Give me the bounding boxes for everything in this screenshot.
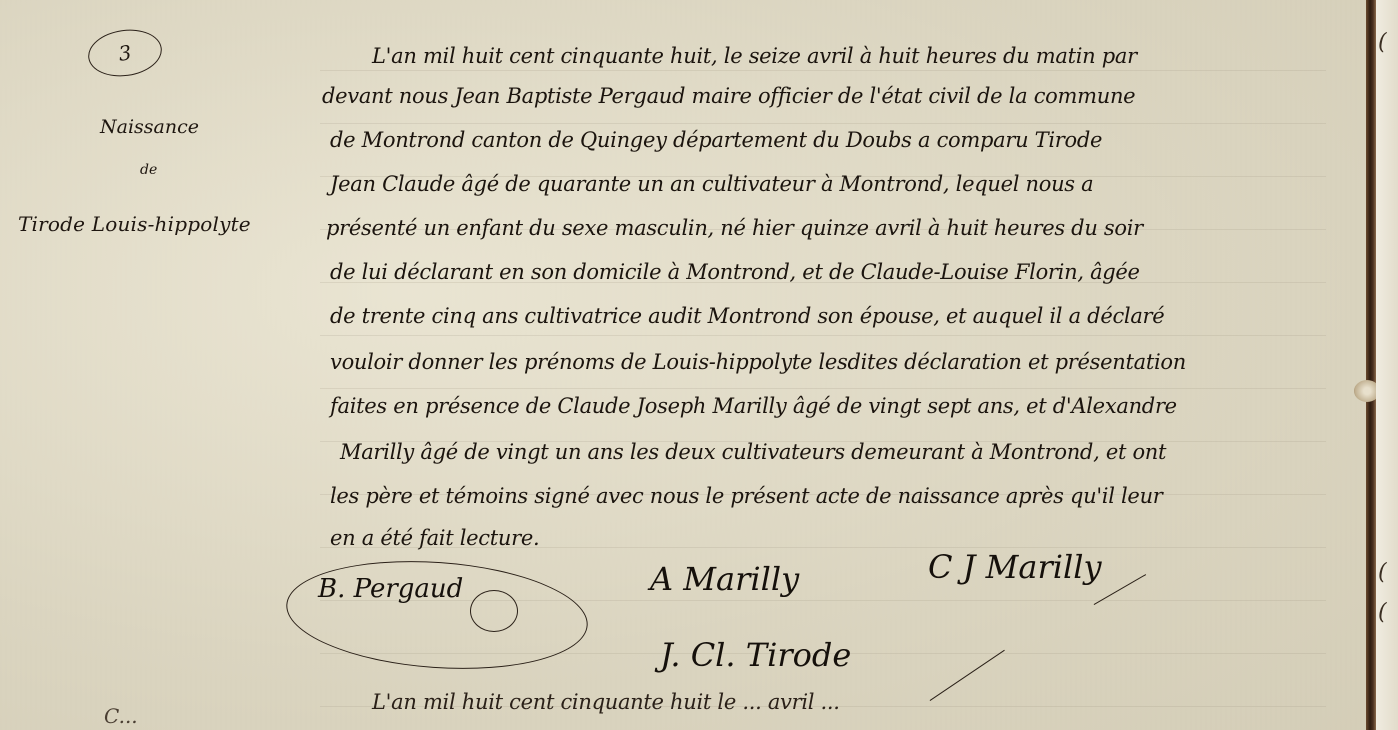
mayor-paraph-loop (470, 590, 518, 632)
signature-witness-1: A Marilly (650, 560, 799, 598)
body-line: Jean Claude âgé de quarante un an cultiv… (330, 172, 1093, 196)
body-line: L'an mil huit cent cinquante huit, le se… (372, 44, 1137, 68)
body-line: en a été fait lecture. (330, 526, 539, 550)
adjacent-page-edge: ( ( ( (1376, 0, 1398, 730)
body-line: de Montrond canton de Quingey départemen… (330, 128, 1102, 152)
body-line: Marilly âgé de vingt un ans les deux cul… (340, 440, 1166, 464)
adjacent-page-fragment: ( (1378, 560, 1387, 585)
body-line: devant nous Jean Baptiste Pergaud maire … (322, 84, 1135, 108)
record-body: L'an mil huit cent cinquante huit, le se… (0, 0, 1366, 730)
body-line: de trente cinq ans cultivatrice audit Mo… (330, 304, 1164, 328)
adjacent-page-fragment: ( (1378, 600, 1387, 625)
next-record-start: L'an mil huit cent cinquante huit le ...… (372, 690, 840, 714)
signature-witness-2: C J Marilly (928, 548, 1102, 586)
body-line: les père et témoins signé avec nous le p… (330, 484, 1163, 508)
register-page: 3 Naissance de Tirode Louis-hippolyte C.… (0, 0, 1366, 730)
signature-mayor: B. Pergaud (318, 574, 463, 604)
body-line: de lui déclarant en son domicile à Montr… (330, 260, 1140, 284)
body-line: présenté un enfant du sexe masculin, né … (326, 216, 1143, 240)
body-line: vouloir donner les prénoms de Louis-hipp… (330, 350, 1186, 374)
body-line: faites en présence de Claude Joseph Mari… (330, 394, 1177, 418)
book-binding (1366, 0, 1376, 730)
signature-father: J. Cl. Tirode (660, 636, 851, 674)
adjacent-page-fragment: ( (1378, 30, 1387, 55)
